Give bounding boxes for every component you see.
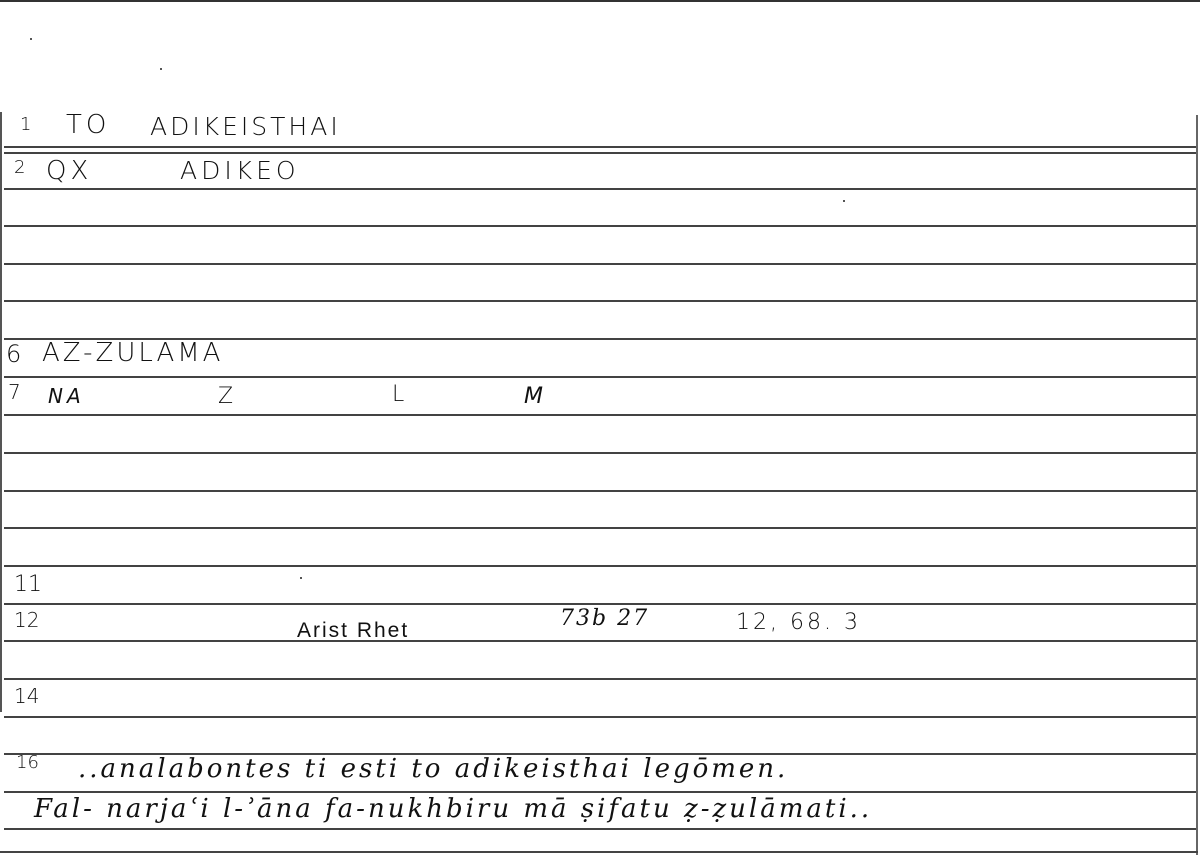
ruled-line <box>4 640 1196 642</box>
article-field: TO <box>66 110 110 140</box>
ruled-line <box>4 146 1196 148</box>
arabic-lemma: AZ-ZULAMA <box>42 338 223 368</box>
ruled-line <box>4 225 1196 227</box>
page-reference: 12, 68. 3 <box>736 610 861 635</box>
scan-speck <box>843 200 845 202</box>
root-letter-z: Z <box>218 384 237 409</box>
bekker-reference: 73b 27 <box>560 606 649 631</box>
line-number-11: 11 <box>14 572 42 597</box>
ruled-line <box>4 828 1196 830</box>
source-field: QX <box>46 156 92 186</box>
ruled-line <box>4 300 1196 302</box>
line-number-12: 12 <box>14 608 39 632</box>
line-number-16: 16 <box>16 752 39 773</box>
ruled-line <box>4 678 1196 680</box>
ruled-line <box>4 603 1196 605</box>
root-letter-m: M <box>524 384 547 409</box>
line-number-14: 14 <box>14 684 39 708</box>
scan-speck <box>30 38 32 40</box>
scan-speck <box>160 68 162 70</box>
line-number-2: 2 <box>14 157 25 178</box>
greek-lemma: ADIKEISTHAI <box>150 112 341 141</box>
ruled-line <box>4 527 1196 529</box>
scan-speck <box>300 577 302 579</box>
ruled-line <box>4 188 1196 190</box>
ruled-line <box>4 414 1196 416</box>
ruled-line <box>4 376 1196 378</box>
card-top-edge <box>0 0 1200 2</box>
lexicon-index-card: 1 TO ADIKEISTHAI 2 QX ADIKEO 6 AZ-ZULAMA… <box>0 0 1200 859</box>
card-left-edge <box>0 112 2 712</box>
root-letter-l: L <box>392 382 408 407</box>
line-number-7: 7 <box>8 380 21 404</box>
greek-root: ADIKEO <box>180 156 300 185</box>
ruled-line <box>4 490 1196 492</box>
card-right-edge <box>1196 115 1198 855</box>
ruled-line <box>4 716 1196 718</box>
ruled-line <box>4 791 1196 793</box>
line-number-6: 6 <box>6 340 21 368</box>
work-reference: Arist Rhet <box>297 619 409 643</box>
ruled-line <box>4 152 1196 154</box>
ruled-line <box>4 565 1196 567</box>
card-bottom-edge <box>0 851 1198 853</box>
line-number-1: 1 <box>20 114 31 135</box>
arabic-context-text: Fal- narjaʿi l-ʾāna fa-nukhbiru mā ṣifat… <box>34 794 872 824</box>
root-letter-na: NA <box>48 384 85 408</box>
ruled-line <box>4 452 1196 454</box>
ruled-line <box>4 263 1196 265</box>
greek-context-text: ..analabontes ti esti to adikeisthai leg… <box>78 754 788 784</box>
